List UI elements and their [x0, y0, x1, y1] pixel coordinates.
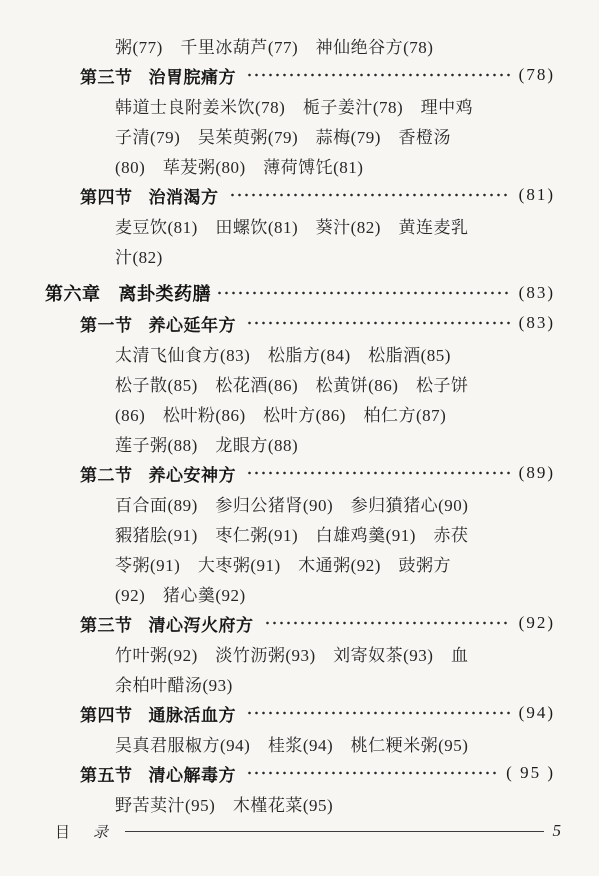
chapter-number: 第六章 — [45, 280, 101, 306]
toc-entry-text: 松子散(85) 松花酒(86) 松黄饼(86) 松子饼 — [115, 371, 468, 396]
toc-section-heading: 第四节 治消渴方 (81) — [45, 180, 555, 210]
toc-entry-text: (80) 荜茇粥(80) 薄荷馎饦(81) — [115, 153, 363, 178]
toc-entry-line: 吴真君服椒方(94) 桂浆(94) 桃仁粳米粥(95) — [45, 728, 555, 758]
dot-leader-icon — [246, 308, 510, 338]
footer-rule — [125, 831, 543, 832]
toc-entry-line: 松子散(85) 松花酒(86) 松黄饼(86) 松子饼 — [45, 368, 555, 398]
footer-page-number: 5 — [553, 821, 562, 841]
dot-leader-icon — [246, 458, 510, 488]
section-title: 养心延年方 — [149, 311, 237, 336]
dot-leader-icon — [246, 60, 510, 90]
toc-content: 粥(77) 千里冰葫芦(77) 神仙绝谷方(78) 第三节 治胃脘痛方 (78)… — [45, 30, 555, 818]
toc-entry-text: 野苦荬汁(95) 木槿花菜(95) — [115, 791, 333, 816]
toc-entry-line: (92) 猪心羹(92) — [45, 578, 555, 608]
section-number: 第四节 — [80, 183, 133, 208]
toc-entry-text: 莲子粥(88) 龙眼方(88) — [115, 431, 298, 456]
section-title: 养心安神方 — [149, 461, 237, 486]
toc-entry-text: 余柏叶醋汤(93) — [115, 671, 233, 696]
toc-entry-line: 莲子粥(88) 龙眼方(88) — [45, 428, 555, 458]
toc-entry-line: 韩道士良附姜米饮(78) 栀子姜汁(78) 理中鸡 — [45, 90, 555, 120]
toc-entry-line: 余柏叶醋汤(93) — [45, 668, 555, 698]
toc-entry-line: 粥(77) 千里冰葫芦(77) 神仙绝谷方(78) — [45, 30, 555, 60]
toc-entry-text: 汁(82) — [115, 243, 163, 268]
section-number: 第五节 — [80, 761, 133, 786]
section-title: 治消渴方 — [149, 183, 219, 208]
section-title: 清心泻火府方 — [149, 611, 254, 636]
section-number: 第二节 — [80, 461, 133, 486]
toc-entry-text: (92) 猪心羹(92) — [115, 581, 246, 606]
toc-entry-line: 野苦荬汁(95) 木槿花菜(95) — [45, 788, 555, 818]
section-page-number: (94) — [519, 703, 555, 723]
toc-entry-text: 粥(77) 千里冰葫芦(77) 神仙绝谷方(78) — [115, 33, 433, 58]
toc-entry-line: 太清飞仙食方(83) 松脂方(84) 松脂酒(85) — [45, 338, 555, 368]
toc-entry-line: 汁(82) — [45, 240, 555, 270]
toc-entry-text: 太清飞仙食方(83) 松脂方(84) 松脂酒(85) — [115, 341, 451, 366]
toc-section-heading: 第三节 清心泻火府方 (92) — [45, 608, 555, 638]
section-page-number: (81) — [519, 185, 555, 205]
toc-entry-text: (86) 松叶粉(86) 松叶方(86) 柏仁方(87) — [115, 401, 446, 426]
toc-entry-line: (80) 荜茇粥(80) 薄荷馎饦(81) — [45, 150, 555, 180]
toc-entry-text: 韩道士良附姜米饮(78) 栀子姜汁(78) 理中鸡 — [115, 93, 473, 118]
toc-entry-text: 豭猪脍(91) 枣仁粥(91) 白雄鸡羹(91) 赤茯 — [115, 521, 468, 546]
section-page-number: ( 95 ) — [506, 763, 555, 783]
toc-section-heading: 第二节 养心安神方 (89) — [45, 458, 555, 488]
toc-entry-text: 苓粥(91) 大枣粥(91) 木通粥(92) 豉粥方 — [115, 551, 451, 576]
section-number: 第四节 — [80, 701, 133, 726]
section-page-number: (78) — [519, 65, 555, 85]
dot-leader-icon — [264, 608, 510, 638]
toc-section-heading: 第三节 治胃脘痛方 (78) — [45, 60, 555, 90]
toc-entry-line: 麦豆饮(81) 田螺饮(81) 葵汁(82) 黄连麦乳 — [45, 210, 555, 240]
section-title: 清心解毒方 — [149, 761, 237, 786]
toc-chapter-heading: 第六章 离卦类药膳 (83) — [45, 278, 555, 308]
section-number: 第三节 — [80, 611, 133, 636]
chapter-title: 离卦类药膳 — [119, 280, 212, 306]
dot-leader-icon — [246, 698, 510, 728]
section-number: 第一节 — [80, 311, 133, 336]
toc-entry-line: 百合面(89) 参归公猪肾(90) 参归獖猪心(90) — [45, 488, 555, 518]
section-title: 治胃脘痛方 — [149, 63, 237, 88]
toc-entry-line: 豭猪脍(91) 枣仁粥(91) 白雄鸡羹(91) 赤茯 — [45, 518, 555, 548]
section-page-number: (83) — [519, 313, 555, 333]
toc-entry-line: 竹叶粥(92) 淡竹沥粥(93) 刘寄奴茶(93) 血 — [45, 638, 555, 668]
section-page-number: (92) — [519, 613, 555, 633]
section-page-number: (89) — [519, 463, 555, 483]
toc-entry-line: 苓粥(91) 大枣粥(91) 木通粥(92) 豉粥方 — [45, 548, 555, 578]
dot-leader-icon — [229, 180, 510, 210]
toc-entry-text: 子清(79) 吴茱萸粥(79) 蒜梅(79) 香橙汤 — [115, 123, 451, 148]
toc-page: 粥(77) 千里冰葫芦(77) 神仙绝谷方(78) 第三节 治胃脘痛方 (78)… — [0, 0, 599, 876]
toc-section-heading: 第一节 养心延年方 (83) — [45, 308, 555, 338]
toc-entry-text: 竹叶粥(92) 淡竹沥粥(93) 刘寄奴茶(93) 血 — [115, 641, 468, 666]
toc-entry-text: 吴真君服椒方(94) 桂浆(94) 桃仁粳米粥(95) — [115, 731, 468, 756]
dot-leader-icon — [246, 758, 497, 788]
dot-leader-icon — [216, 278, 510, 308]
toc-section-heading: 第五节 清心解毒方 ( 95 ) — [45, 758, 555, 788]
page-footer: 目 录 5 — [55, 820, 561, 842]
footer-label-mu: 目 — [55, 821, 71, 842]
toc-entry-text: 百合面(89) 参归公猪肾(90) 参归獖猪心(90) — [115, 491, 468, 516]
toc-entry-text: 麦豆饮(81) 田螺饮(81) 葵汁(82) 黄连麦乳 — [115, 213, 468, 238]
section-title: 通脉活血方 — [149, 701, 237, 726]
toc-entry-line: 子清(79) 吴茱萸粥(79) 蒜梅(79) 香橙汤 — [45, 120, 555, 150]
chapter-page-number: (83) — [519, 283, 555, 303]
section-number: 第三节 — [80, 63, 133, 88]
toc-entry-line: (86) 松叶粉(86) 松叶方(86) 柏仁方(87) — [45, 398, 555, 428]
footer-label-lu: 录 — [93, 821, 109, 842]
toc-section-heading: 第四节 通脉活血方 (94) — [45, 698, 555, 728]
